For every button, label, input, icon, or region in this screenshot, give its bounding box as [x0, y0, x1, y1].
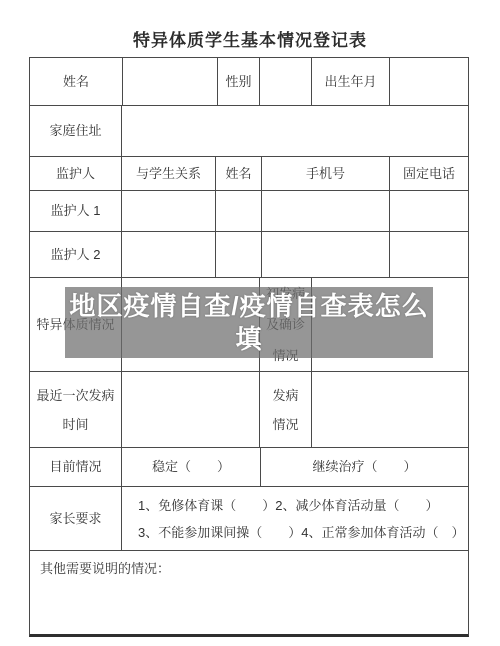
row-guardian-1: 监护人 1	[30, 191, 468, 232]
address-label: 家庭住址	[30, 106, 122, 156]
guardian2-name-cell	[216, 232, 262, 277]
parent-requests-label: 家长要求	[30, 487, 122, 550]
form-title: 特异体质学生基本情况登记表	[0, 26, 500, 51]
name-value-cell	[123, 58, 218, 105]
guardian2-label: 监护人 2	[30, 232, 122, 277]
last-onset-label: 最近一次发病 时间	[30, 372, 122, 447]
address-value-cell	[122, 106, 468, 156]
row-guardian-header: 监护人 与学生关系 姓名 手机号 固定电话	[30, 157, 468, 191]
status-stable-option: 稳定（ ）	[122, 448, 261, 486]
guardian2-landline-cell	[390, 232, 468, 277]
row-other-notes: 其他需要说明的情况：	[30, 551, 468, 634]
guardian-name-header-label: 姓名	[216, 157, 262, 190]
guardian1-relation-cell	[122, 191, 216, 231]
registration-form-page: 特异体质学生基本情况登记表 姓名 性别 出生年月 家庭住址 监护人 与学生关系 …	[0, 0, 500, 646]
birth-label: 出生年月	[312, 58, 390, 105]
row-parent-requests: 家长要求 1、免修体育课（ ）2、减少体育活动量（ ） 3、不能参加课间操（ ）…	[30, 487, 468, 551]
guardian1-landline-cell	[390, 191, 468, 231]
relation-header-label: 与学生关系	[122, 157, 216, 190]
guardian-header-label: 监护人	[30, 157, 122, 190]
landline-header-label: 固定电话	[390, 157, 468, 190]
onset-situation-label: 发病 情况	[260, 372, 312, 447]
last-onset-value-cell	[122, 372, 260, 447]
guardian2-relation-cell	[122, 232, 216, 277]
mobile-header-label: 手机号	[262, 157, 390, 190]
row-last-onset: 最近一次发病 时间 发病 情况	[30, 372, 468, 448]
row-basic-info: 姓名 性别 出生年月	[30, 58, 468, 106]
guardian1-name-cell	[216, 191, 262, 231]
gender-label: 性别	[218, 58, 260, 105]
row-guardian-2: 监护人 2	[30, 232, 468, 278]
overlay-caption-line1: 地区疫情自查/疫情自查表怎么	[69, 290, 428, 323]
guardian1-label: 监护人 1	[30, 191, 122, 231]
current-status-label: 目前情况	[30, 448, 122, 486]
birth-value-cell	[390, 58, 468, 105]
overlay-caption-line2: 填	[235, 323, 262, 356]
guardian2-mobile-cell	[262, 232, 390, 277]
guardian1-mobile-cell	[262, 191, 390, 231]
parent-requests-options: 1、免修体育课（ ）2、减少体育活动量（ ） 3、不能参加课间操（ ）4、正常参…	[122, 487, 468, 550]
onset-situation-value-cell	[312, 372, 468, 447]
other-notes-label: 其他需要说明的情况：	[30, 551, 468, 587]
row-current-status: 目前情况 稳定（ ） 继续治疗（ ）	[30, 448, 468, 487]
gender-value-cell	[260, 58, 312, 105]
overlay-caption-banner: 地区疫情自查/疫情自查表怎么 填	[65, 287, 433, 358]
name-label: 姓名	[30, 58, 123, 105]
status-continue-option: 继续治疗（ ）	[261, 448, 468, 486]
row-address: 家庭住址	[30, 106, 468, 157]
